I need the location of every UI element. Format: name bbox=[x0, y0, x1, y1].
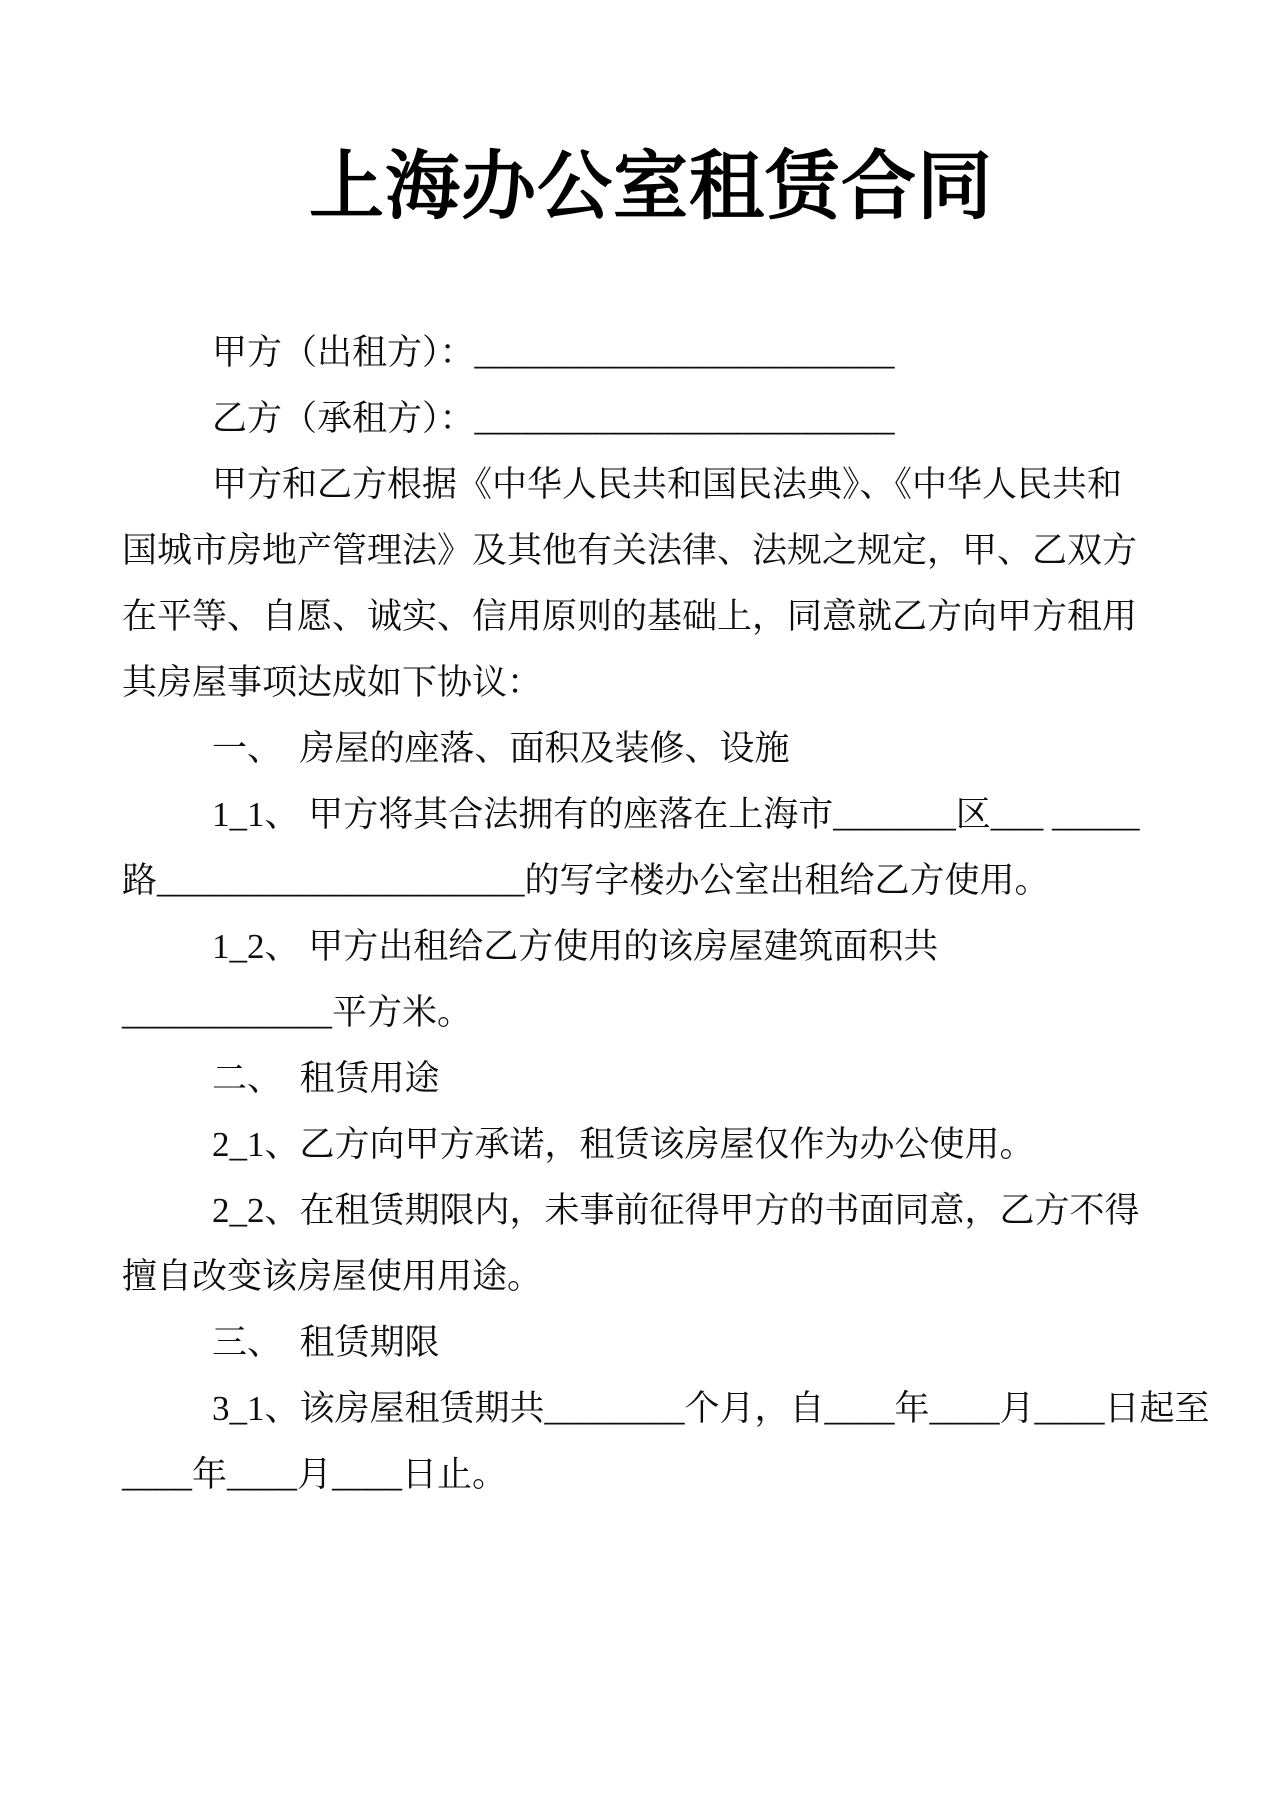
contract-document-page: 上海办公室租赁合同 甲方（出租方）：______________________… bbox=[0, 0, 1280, 1810]
clause-3-1-line-2: ____年____月____日止。 bbox=[122, 1442, 1180, 1508]
document-title: 上海办公室租赁合同 bbox=[122, 140, 1180, 232]
clause-2-1-line: 2_1、乙方向甲方承诺，租赁该房屋仅作为办公使用。 bbox=[122, 1112, 1180, 1178]
party-b-line: 乙方（承租方）：________________________ bbox=[122, 386, 1180, 452]
clause-2-2-line-2: 擅自改变该房屋使用用途。 bbox=[122, 1244, 1180, 1310]
intro-paragraph-line-3: 在平等、自愿、诚实、信用原则的基础上，同意就乙方向甲方租用 bbox=[122, 584, 1180, 650]
party-a-line: 甲方（出租方）：________________________ bbox=[122, 320, 1180, 386]
intro-paragraph-line-1: 甲方和乙方根据《中华人民共和国民法典》、《中华人民共和 bbox=[122, 452, 1180, 518]
section-1-heading: 一、 房屋的座落、面积及装修、设施 bbox=[122, 716, 1180, 782]
section-2-heading: 二、 租赁用途 bbox=[122, 1046, 1180, 1112]
clause-2-2-line-1: 2_2、在租赁期限内，未事前征得甲方的书面同意，乙方不得 bbox=[122, 1178, 1180, 1244]
clause-3-1-line-1: 3_1、该房屋租赁期共________个月，自____年____月____日起至 bbox=[122, 1376, 1180, 1442]
clause-1-1-line-1: 1_1、 甲方将其合法拥有的座落在上海市_______区___ _____ bbox=[122, 782, 1180, 848]
intro-paragraph-line-4: 其房屋事项达成如下协议： bbox=[122, 650, 1180, 716]
clause-1-2-line-1: 1_2、 甲方出租给乙方使用的该房屋建筑面积共 bbox=[122, 914, 1180, 980]
intro-paragraph-line-2: 国城市房地产管理法》及其他有关法律、法规之规定，甲、乙双方 bbox=[122, 518, 1180, 584]
clause-1-2-line-2: ____________平方米。 bbox=[122, 980, 1180, 1046]
clause-1-1-line-2: 路_____________________的写字楼办公室出租给乙方使用。 bbox=[122, 848, 1180, 914]
section-3-heading: 三、 租赁期限 bbox=[122, 1310, 1180, 1376]
